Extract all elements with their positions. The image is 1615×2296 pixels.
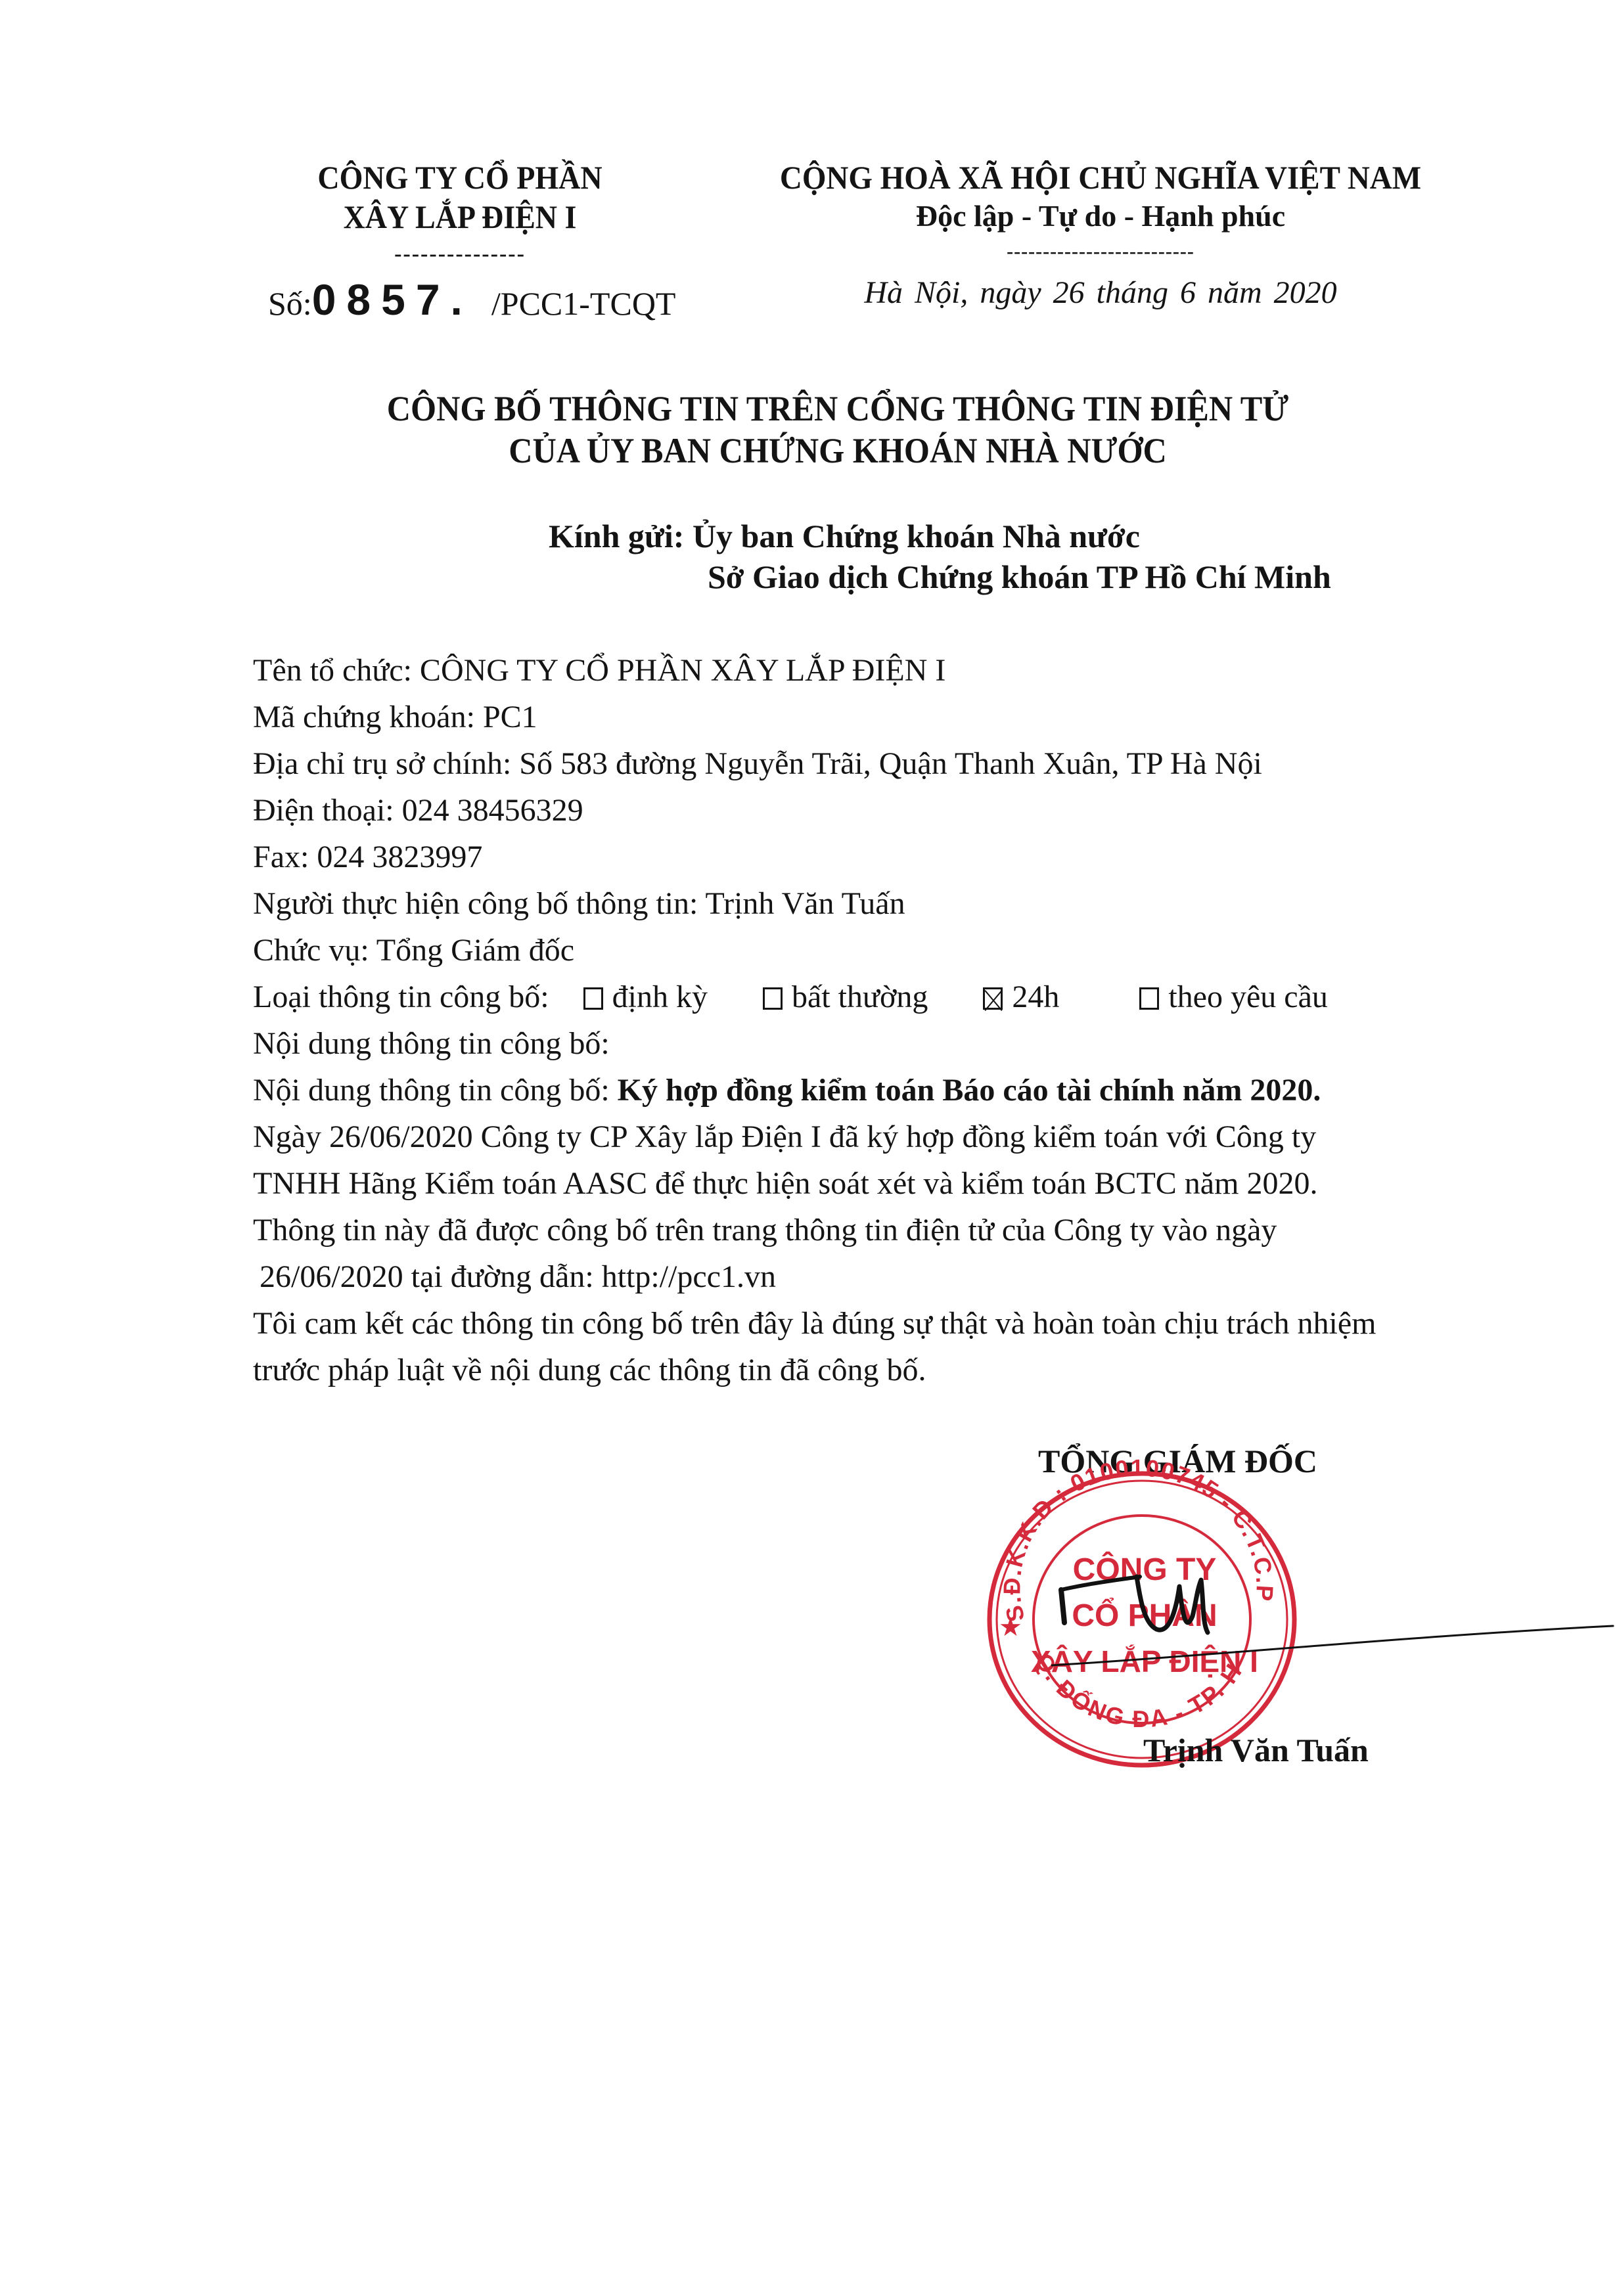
recipient-2: Sở Giao dịch Chứng khoán TP Hồ Chí Minh — [549, 556, 1331, 597]
document-date: Hà Nội, ngày 26 tháng 6 năm 2020 — [723, 275, 1478, 311]
option-on-request-label: theo yêu cầu — [1168, 979, 1328, 1014]
discloser-field: Người thực hiện công bố thông tin: Trịnh… — [253, 880, 1376, 927]
content-label: Nội dung thông tin công bố: — [253, 1073, 618, 1108]
svg-text:★: ★ — [999, 1613, 1022, 1642]
commitment-line-2: trước pháp luật về nội dung các thông ti… — [253, 1347, 1376, 1393]
national-separator: -------------------------- — [723, 242, 1478, 261]
ticker-field: Mã chứng khoán: PC1 — [253, 694, 1376, 740]
phone-field: Điện thoại: 024 38456329 — [253, 787, 1376, 834]
handwritten-signature-icon — [1051, 1550, 1615, 1682]
address-field: Địa chỉ trụ sở chính: Số 583 đường Nguyễ… — [253, 740, 1376, 787]
issuer-name-line1: CÔNG TY CỔ PHẦN — [267, 158, 654, 197]
document-title-line1: CÔNG BỐ THÔNG TIN TRÊN CỔNG THÔNG TIN ĐI… — [242, 388, 1434, 430]
document-title-line2: CỦA ỦY BAN CHỨNG KHOÁN NHÀ NƯỚC — [242, 430, 1434, 472]
fax-field: Fax: 024 3823997 — [253, 834, 1376, 880]
checkbox-checked-icon[interactable] — [983, 987, 1003, 1010]
document-number-label: Số: — [268, 285, 312, 322]
content-heading: Nội dung thông tin công bố: — [253, 1020, 1376, 1067]
national-title: CỘNG HOÀ XÃ HỘI CHỦ NGHĨA VIỆT NAM — [746, 158, 1456, 197]
commitment-line-1: Tôi cam kết các thông tin công bố trên đ… — [253, 1300, 1376, 1347]
checkbox-unchecked-icon[interactable] — [583, 987, 603, 1010]
checkbox-unchecked-icon[interactable] — [1139, 987, 1159, 1010]
option-24h[interactable]: 24h — [983, 979, 1059, 1014]
issuer-separator: --------------- — [250, 244, 670, 264]
content-subject-line: Nội dung thông tin công bố: Ký hợp đồng … — [253, 1067, 1376, 1114]
document-number-value: 0857. — [312, 275, 473, 324]
org-name-field: Tên tổ chức: CÔNG TY CỔ PHẦN XÂY LẮP ĐIỆ… — [253, 647, 1376, 694]
option-extraordinary-label: bất thường — [792, 979, 928, 1014]
signatory-name: Trịnh Văn Tuấn — [1143, 1731, 1369, 1769]
issuer-header: CÔNG TY CỔ PHẦN XÂY LẮP ĐIỆN I ---------… — [250, 158, 670, 264]
option-periodic-label: định kỳ — [612, 979, 708, 1014]
option-extraordinary[interactable]: bất thường — [763, 979, 928, 1014]
document-number-suffix: /PCC1-TCQT — [491, 285, 676, 322]
paragraph-2-line-1: Thông tin này đã được công bố trên trang… — [253, 1207, 1376, 1253]
checkbox-unchecked-icon[interactable] — [763, 987, 783, 1010]
position-field: Chức vụ: Tổng Giám đốc — [253, 927, 1376, 974]
paragraph-2-line-2: 26/06/2020 tại đường dẫn: http://pcc1.vn — [253, 1253, 1376, 1300]
national-header: CỘNG HOÀ XÃ HỘI CHỦ NGHĨA VIỆT NAM Độc l… — [723, 158, 1478, 261]
recipient-1: Ủy ban Chứng khoán Nhà nước — [693, 518, 1140, 554]
option-periodic[interactable]: định kỳ — [583, 979, 708, 1014]
disclosure-type-label: Loại thông tin công bố: — [253, 979, 549, 1014]
document-title: CÔNG BỐ THÔNG TIN TRÊN CỔNG THÔNG TIN ĐI… — [197, 388, 1478, 472]
content-subject: Ký hợp đồng kiểm toán Báo cáo tài chính … — [618, 1073, 1321, 1108]
disclosure-type-field: Loại thông tin công bố: định kỳ bất thườ… — [253, 974, 1376, 1020]
recipients-label: Kính gửi: — [549, 518, 684, 554]
option-on-request[interactable]: theo yêu cầu — [1139, 979, 1328, 1014]
option-24h-label: 24h — [1012, 979, 1059, 1014]
recipients-block: Kính gửi: Ủy ban Chứng khoán Nhà nước Sở… — [549, 516, 1331, 597]
paragraph-1-line-1: Ngày 26/06/2020 Công ty CP Xây lắp Điện … — [253, 1114, 1376, 1160]
issuer-name-line2: XÂY LẮP ĐIỆN I — [267, 197, 654, 236]
national-motto: Độc lập - Tự do - Hạnh phúc — [723, 197, 1478, 235]
document-number: Số:0857./PCC1-TCQT — [268, 275, 675, 325]
paragraph-1-line-2: TNHH Hãng Kiểm toán AASC để thực hiện so… — [253, 1160, 1376, 1207]
disclosure-body: Tên tổ chức: CÔNG TY CỔ PHẦN XÂY LẮP ĐIỆ… — [253, 647, 1376, 1393]
